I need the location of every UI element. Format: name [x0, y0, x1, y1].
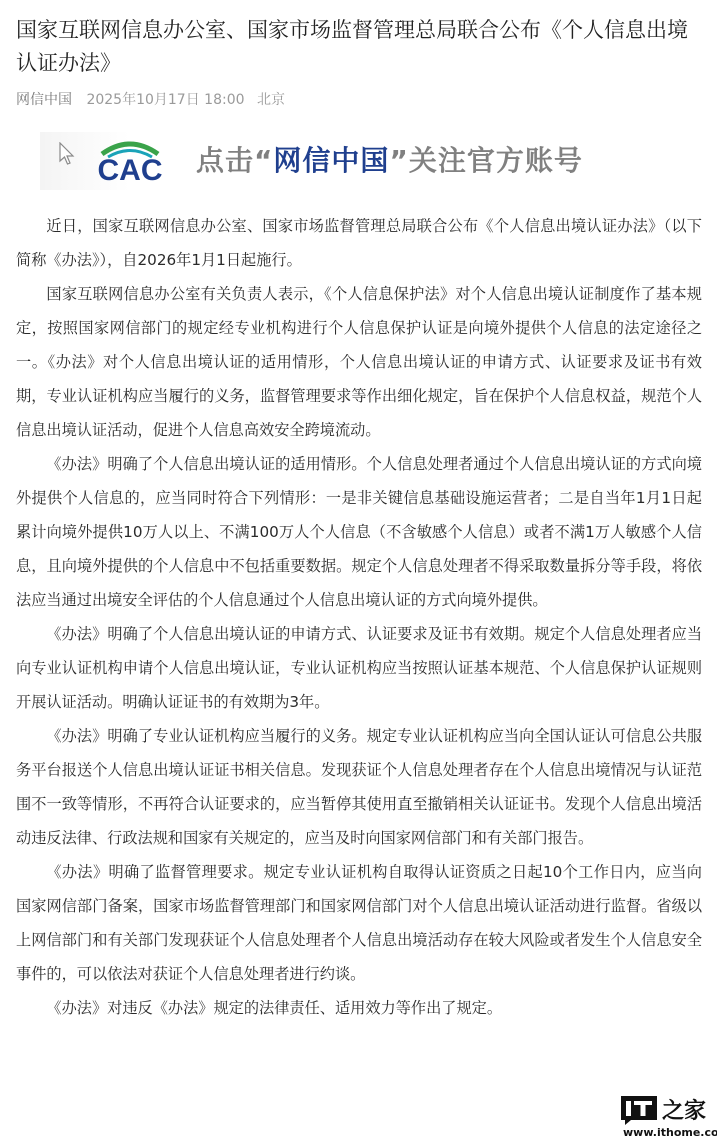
article-meta: 网信中国 2025年10月17日 18:00 北京 [16, 89, 285, 109]
banner-text-suffix: 关注官方账号 [409, 144, 583, 177]
banner-highlight-account: 网信中国 [273, 144, 389, 177]
ithome-watermark: 之家 www.ithome.com [617, 1095, 712, 1145]
follow-account-banner[interactable]: CAC 点击“网信中国”关注官方账号 [40, 132, 680, 190]
paragraph: 《办法》明确了个人信息出境认证的申请方式、认证要求及证书有效期。规定个人信息处理… [16, 617, 702, 719]
article-source-link[interactable]: 网信中国 [16, 92, 72, 108]
paragraph: 《办法》明确了专业认证机构应当履行的义务。规定专业认证机构应当向全国认证认可信息… [16, 719, 702, 855]
article-location: 北京 [257, 92, 285, 108]
mouse-cursor-icon [58, 142, 76, 166]
article-body: 近日，国家互联网信息办公室、国家市场监督管理总局联合公布《个人信息出境认证办法》… [16, 209, 702, 1025]
paragraph: 近日，国家互联网信息办公室、国家市场监督管理总局联合公布《个人信息出境认证办法》… [16, 209, 702, 277]
ithome-logo-icon: 之家 [617, 1095, 712, 1125]
paragraph: 国家互联网信息办公室有关负责人表示，《个人信息保护法》对个人信息出境认证制度作了… [16, 277, 702, 447]
ithome-url: www.ithome.com [623, 1126, 717, 1139]
banner-text: 点击“网信中国”关注官方账号 [196, 141, 583, 181]
cac-logo-icon: CAC [86, 138, 174, 184]
article-date: 2025年10月17日 18:00 [86, 92, 244, 108]
paragraph: 《办法》明确了监督管理要求。规定专业认证机构自取得认证资质之日起10个工作日内，… [16, 855, 702, 991]
banner-open-quote: “ [254, 144, 273, 177]
banner-text-prefix: 点击 [196, 144, 254, 177]
banner-close-quote: ” [389, 144, 408, 177]
paragraph: 《办法》明确了个人信息出境认证的适用情形。个人信息处理者通过个人信息出境认证的方… [16, 447, 702, 617]
svg-text:CAC: CAC [98, 154, 163, 184]
svg-text:之家: 之家 [662, 1098, 706, 1124]
article-title: 国家互联网信息办公室、国家市场监督管理总局联合公布《个人信息出境认证办法》 [16, 14, 706, 80]
paragraph: 《办法》对违反《办法》规定的法律责任、适用效力等作出了规定。 [16, 991, 702, 1025]
